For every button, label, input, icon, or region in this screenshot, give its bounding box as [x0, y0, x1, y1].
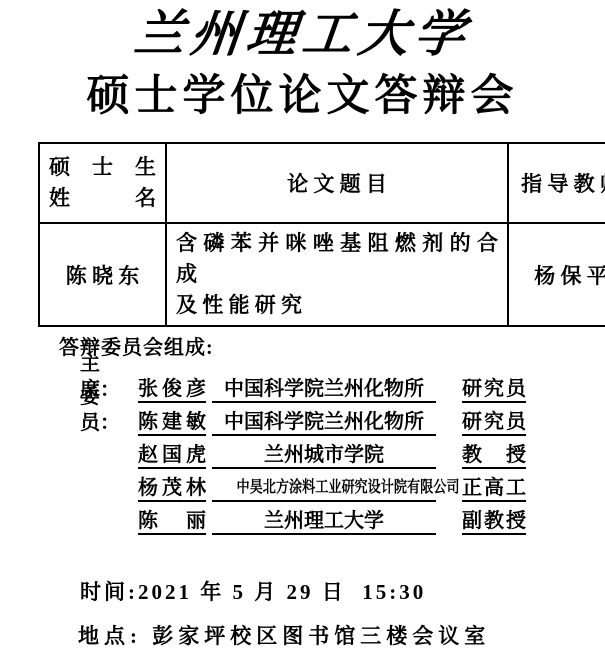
member-title: 研究员: [462, 377, 526, 403]
member-name: 赵国虎: [138, 443, 206, 469]
member-affiliation: 兰州城市学院: [212, 443, 436, 469]
header-advisor: 指 导 教 师: [508, 143, 605, 223]
cell-student-name: 陈 晓 东: [39, 223, 166, 326]
member-name: 张俊彦: [138, 377, 206, 403]
header-student-line2: 姓 名: [49, 183, 156, 214]
time-label: 时间:: [80, 580, 138, 604]
member-title: 正高工: [462, 476, 526, 502]
defense-announcement-page: 兰州理工大学 硕士学位论文答辩会 硕 士 生 姓 名 论 文 题 目 指 导 教…: [0, 0, 605, 653]
thesis-title-line2: 及 性 能 研 究: [176, 290, 498, 321]
cell-advisor-name: 杨 保 平: [508, 223, 605, 326]
committee-row-chair: 主席： 张俊彦 中国科学院兰州化物所 研究员: [80, 370, 526, 403]
committee-row-member: 陈 丽 兰州理工大学 副教授: [80, 502, 526, 535]
defense-info-table: 硕 士 生 姓 名 论 文 题 目 指 导 教 师 陈 晓 东 含 磷 苯 并 …: [38, 142, 605, 327]
role-label: 委员：: [80, 384, 130, 436]
member-title: 副教授: [462, 509, 526, 535]
defense-time-line: 时间:2021 年 5 月 29 日 15:30: [80, 576, 426, 606]
header-student-line1: 硕 士 生: [49, 152, 156, 183]
header-thesis-title: 论 文 题 目: [166, 143, 508, 223]
member-affiliation: 兰州理工大学: [212, 509, 436, 535]
member-affiliation: 中国科学院兰州化物所: [212, 377, 436, 403]
committee-row-member: 委员： 陈建敏 中国科学院兰州化物所 研究员: [80, 403, 526, 436]
member-title: 研究员: [462, 410, 526, 436]
committee-row-member: 赵国虎 兰州城市学院 教 授: [80, 436, 526, 469]
committee-list: 主席： 张俊彦 中国科学院兰州化物所 研究员 委员： 陈建敏 中国科学院兰州化物…: [80, 370, 526, 535]
cell-thesis-title: 含 磷 苯 并 咪 唑 基 阻 燃 剂 的 合 成 及 性 能 研 究: [166, 223, 508, 326]
member-name: 陈建敏: [138, 410, 206, 436]
place-label: 地点:: [78, 624, 152, 648]
place-value: 彭家坪校区图书馆三楼会议室: [152, 624, 490, 648]
page-title: 硕士学位论文答辩会: [0, 70, 605, 124]
table-header-row: 硕 士 生 姓 名 论 文 题 目 指 导 教 师: [39, 143, 605, 223]
committee-row-member: 杨茂林 中昊北方涂料工业研究设计院有限公司 正高工: [80, 469, 526, 502]
member-name: 陈 丽: [138, 509, 206, 535]
member-affiliation-condensed-text: 中昊北方涂料工业研究设计院有限公司: [236, 476, 459, 500]
header-student-name: 硕 士 生 姓 名: [39, 143, 166, 223]
time-value: 2021 年 5 月 29 日 15:30: [138, 580, 426, 604]
table-data-row: 陈 晓 东 含 磷 苯 并 咪 唑 基 阻 燃 剂 的 合 成 及 性 能 研 …: [39, 223, 605, 326]
member-affiliation: 中昊北方涂料工业研究设计院有限公司: [212, 474, 436, 502]
member-name: 杨茂林: [138, 476, 206, 502]
thesis-title-line1: 含 磷 苯 并 咪 唑 基 阻 燃 剂 的 合 成: [176, 228, 498, 290]
university-calligraphy-logo: 兰州理工大学: [0, 0, 605, 68]
defense-place-line: 地点: 彭家坪校区图书馆三楼会议室: [78, 620, 490, 650]
member-affiliation: 中国科学院兰州化物所: [212, 410, 436, 436]
member-title: 教 授: [462, 443, 526, 469]
